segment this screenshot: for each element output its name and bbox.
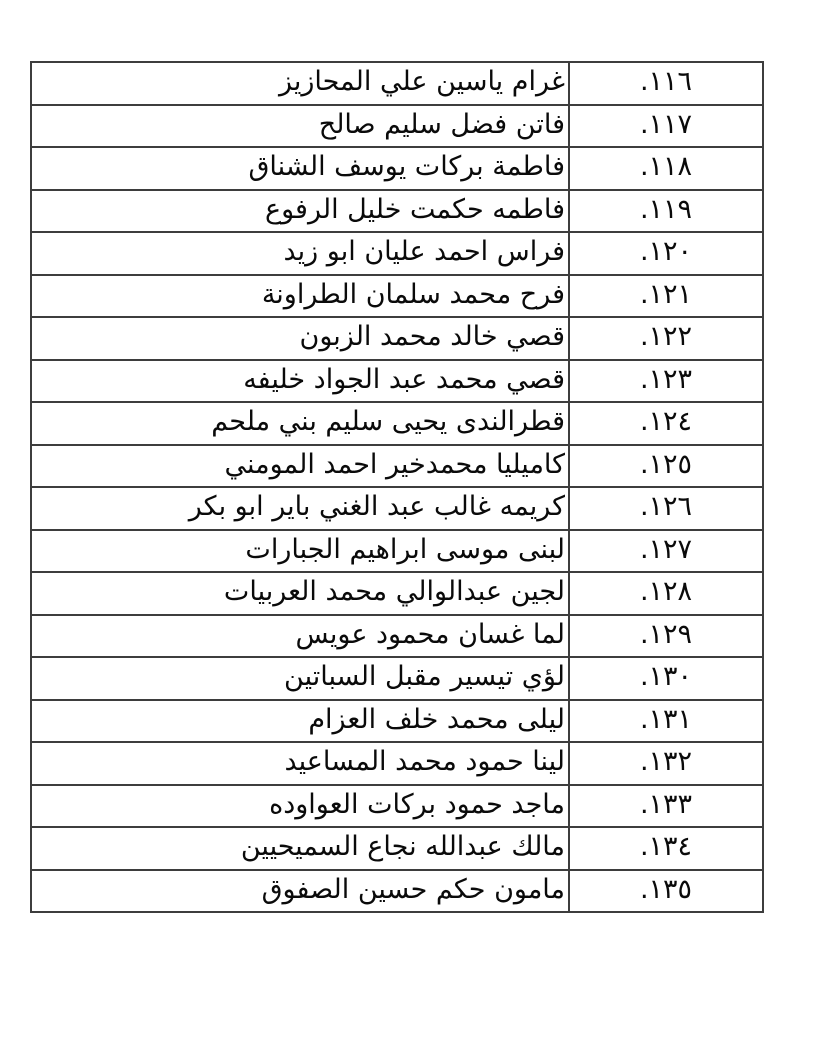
row-number-cell: ١١٩. bbox=[569, 190, 763, 233]
table-row: ١٢٩. لما غسان محمود عويس bbox=[31, 615, 763, 658]
row-name-cell: فاطمه حكمت خليل الرفوع bbox=[31, 190, 569, 233]
row-number-cell: ١١٧. bbox=[569, 105, 763, 148]
names-table: ١١٦. غرام ياسين علي المحازيز ١١٧. فاتن ف… bbox=[30, 61, 764, 913]
row-number-cell: ١٢٢. bbox=[569, 317, 763, 360]
row-name-cell: كاميليا محمدخير احمد المومني bbox=[31, 445, 569, 488]
table-row: ١٢٦. كريمه غالب عبد الغني باير ابو بكر bbox=[31, 487, 763, 530]
row-name-cell: كريمه غالب عبد الغني باير ابو بكر bbox=[31, 487, 569, 530]
row-number-cell: ١٢١. bbox=[569, 275, 763, 318]
row-name-cell: فاتن فضل سليم صالح bbox=[31, 105, 569, 148]
table-row: ١١٨. فاطمة بركات يوسف الشناق bbox=[31, 147, 763, 190]
table-row: ١٢٣. قصي محمد عبد الجواد خليفه bbox=[31, 360, 763, 403]
table-row: ١٢٨. لجين عبدالوالي محمد العربيات bbox=[31, 572, 763, 615]
table-row: ١٣٣. ماجد حمود بركات العواوده bbox=[31, 785, 763, 828]
table-row: ١١٩. فاطمه حكمت خليل الرفوع bbox=[31, 190, 763, 233]
row-number-cell: ١٣٤. bbox=[569, 827, 763, 870]
table-row: ١٣١. ليلى محمد خلف العزام bbox=[31, 700, 763, 743]
row-name-cell: قصي خالد محمد الزبون bbox=[31, 317, 569, 360]
table-row: ١٢٥. كاميليا محمدخير احمد المومني bbox=[31, 445, 763, 488]
row-name-cell: فرح محمد سلمان الطراونة bbox=[31, 275, 569, 318]
table-row: ١٢١. فرح محمد سلمان الطراونة bbox=[31, 275, 763, 318]
table-row: ١٢٤. قطرالندى يحيى سليم بني ملحم bbox=[31, 402, 763, 445]
names-table-body: ١١٦. غرام ياسين علي المحازيز ١١٧. فاتن ف… bbox=[31, 62, 763, 912]
row-name-cell: قصي محمد عبد الجواد خليفه bbox=[31, 360, 569, 403]
row-name-cell: ليلى محمد خلف العزام bbox=[31, 700, 569, 743]
row-name-cell: لما غسان محمود عويس bbox=[31, 615, 569, 658]
row-number-cell: ١٢٧. bbox=[569, 530, 763, 573]
row-name-cell: قطرالندى يحيى سليم بني ملحم bbox=[31, 402, 569, 445]
row-number-cell: ١٣٣. bbox=[569, 785, 763, 828]
row-name-cell: مالك عبدالله نجاع السميحيين bbox=[31, 827, 569, 870]
table-row: ١٢٠. فراس احمد عليان ابو زيد bbox=[31, 232, 763, 275]
table-row: ١١٧. فاتن فضل سليم صالح bbox=[31, 105, 763, 148]
document-page: ١١٦. غرام ياسين علي المحازيز ١١٧. فاتن ف… bbox=[0, 0, 816, 1056]
row-number-cell: ١١٦. bbox=[569, 62, 763, 105]
row-number-cell: ١٣٠. bbox=[569, 657, 763, 700]
table-row: ١٣٠. لؤي تيسير مقبل السباتين bbox=[31, 657, 763, 700]
row-name-cell: فاطمة بركات يوسف الشناق bbox=[31, 147, 569, 190]
row-name-cell: لجين عبدالوالي محمد العربيات bbox=[31, 572, 569, 615]
row-number-cell: ١٣١. bbox=[569, 700, 763, 743]
row-name-cell: غرام ياسين علي المحازيز bbox=[31, 62, 569, 105]
row-name-cell: لبنى موسى ابراهيم الجبارات bbox=[31, 530, 569, 573]
table-row: ١٣٤. مالك عبدالله نجاع السميحيين bbox=[31, 827, 763, 870]
row-number-cell: ١١٨. bbox=[569, 147, 763, 190]
row-name-cell: ماجد حمود بركات العواوده bbox=[31, 785, 569, 828]
table-row: ١٢٢. قصي خالد محمد الزبون bbox=[31, 317, 763, 360]
row-number-cell: ١٢٦. bbox=[569, 487, 763, 530]
row-number-cell: ١٢٣. bbox=[569, 360, 763, 403]
row-number-cell: ١٣٢. bbox=[569, 742, 763, 785]
row-number-cell: ١٢٠. bbox=[569, 232, 763, 275]
table-row: ١١٦. غرام ياسين علي المحازيز bbox=[31, 62, 763, 105]
row-number-cell: ١٢٤. bbox=[569, 402, 763, 445]
table-row: ١٣٥. مامون حكم حسين الصفوق bbox=[31, 870, 763, 913]
row-number-cell: ١٢٥. bbox=[569, 445, 763, 488]
row-number-cell: ١٢٨. bbox=[569, 572, 763, 615]
row-name-cell: لينا حمود محمد المساعيد bbox=[31, 742, 569, 785]
row-name-cell: لؤي تيسير مقبل السباتين bbox=[31, 657, 569, 700]
row-name-cell: فراس احمد عليان ابو زيد bbox=[31, 232, 569, 275]
table-row: ١٢٧. لبنى موسى ابراهيم الجبارات bbox=[31, 530, 763, 573]
row-number-cell: ١٢٩. bbox=[569, 615, 763, 658]
row-number-cell: ١٣٥. bbox=[569, 870, 763, 913]
row-name-cell: مامون حكم حسين الصفوق bbox=[31, 870, 569, 913]
table-row: ١٣٢. لينا حمود محمد المساعيد bbox=[31, 742, 763, 785]
